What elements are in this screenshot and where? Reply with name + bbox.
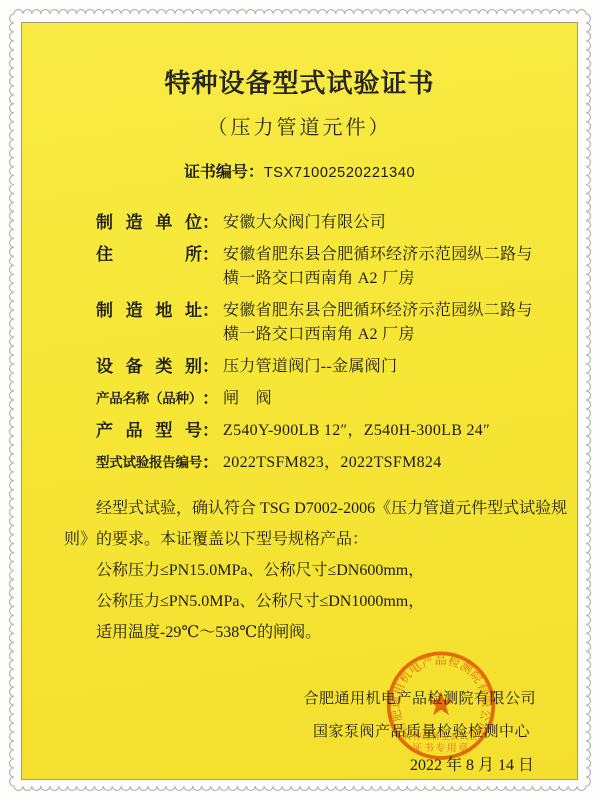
footer: 合肥通用机电产品检测院有限公司 国家泵阀产品质量检验检测中心 2022 年 8 … xyxy=(303,683,536,782)
statement-line: 则》的要求。本证覆盖以下型号规格产品： xyxy=(64,524,555,555)
row-value-line: 横一路交口西南角 A2 厂房 xyxy=(223,323,533,347)
row-value-line: 安徽省肥东县合肥循环经济示范园纵二路与 xyxy=(223,299,533,323)
row-label: 产品名称（品种） xyxy=(96,387,202,411)
row-product-name: 产品名称（品种）： 闸 阀 xyxy=(96,387,557,411)
row-colon: ： xyxy=(202,243,219,267)
issuing-organization: 合肥通用机电产品检测院有限公司 xyxy=(303,683,536,716)
row-value: 压力管道阀门--金属阀门 xyxy=(223,355,397,379)
row-residence: 住所： 安徽省肥东县合肥循环经济示范园纵二路与 横一路交口西南角 A2 厂房 xyxy=(96,243,557,291)
row-manufacture-address: 制造地址： 安徽省肥东县合肥循环经济示范园纵二路与 横一路交口西南角 A2 厂房 xyxy=(96,299,557,347)
row-colon: ： xyxy=(202,355,219,379)
certificate-page: 特种设备型式试验证书 （压力管道元件） 证书编号：TSX710025202213… xyxy=(0,0,600,800)
row-equipment-category: 设备类别： 压力管道阀门--金属阀门 xyxy=(96,355,557,379)
row-value-line: 压力管道阀门--金属阀门 xyxy=(223,355,397,379)
row-value: 闸 阀 xyxy=(223,387,272,411)
row-value-line: 安徽大众阀门有限公司 xyxy=(223,211,386,235)
row-label: 设备类别 xyxy=(96,355,202,379)
row-label: 产品型号 xyxy=(96,419,202,443)
statement-line: 公称压力≤PN15.0MPa、公称尺寸≤DN600mm， xyxy=(64,555,555,586)
row-value: 2022TSFM823，2022TSFM824 xyxy=(223,451,442,475)
info-rows: 制造单位： 安徽大众阀门有限公司 住所： 安徽省肥东县合肥循环经济示范园纵二路与… xyxy=(96,211,557,483)
certificate-subtitle: （压力管道元件） xyxy=(22,111,577,140)
row-label: 型式试验报告编号 xyxy=(96,451,202,475)
row-label: 住所 xyxy=(96,243,202,267)
row-manufacturer: 制造单位： 安徽大众阀门有限公司 xyxy=(96,211,557,235)
row-test-report-number: 型式试验报告编号： 2022TSFM823，2022TSFM824 xyxy=(96,451,557,475)
certificate-number-line: 证书编号：TSX71002520221340 xyxy=(22,159,577,182)
certificate-number-label: 证书编号： xyxy=(184,164,264,181)
row-colon: ： xyxy=(202,387,219,411)
row-value-line: 闸 阀 xyxy=(223,387,272,411)
row-value-line: 2022TSFM823，2022TSFM824 xyxy=(223,451,442,475)
certificate-title: 特种设备型式试验证书 xyxy=(22,63,577,100)
row-label: 制造单位 xyxy=(96,211,202,235)
statement-line: 适用温度-29℃～538℃的闸阀。 xyxy=(64,617,555,648)
row-colon: ： xyxy=(202,299,219,323)
row-value-line: 安徽省肥东县合肥循环经济示范园纵二路与 xyxy=(223,243,533,267)
test-statement: 经型式试验，确认符合 TSG D7002-2006《压力管道元件型式试验规 则》… xyxy=(64,493,555,648)
row-value-line: Z540Y-900LB 12″，Z540H-300LB 24″ xyxy=(223,419,490,443)
row-value: 安徽省肥东县合肥循环经济示范园纵二路与 横一路交口西南角 A2 厂房 xyxy=(223,299,533,347)
certificate-number-value: TSX71002520221340 xyxy=(264,165,415,181)
row-colon: ： xyxy=(202,211,219,235)
row-colon: ： xyxy=(202,451,219,475)
statement-line: 经型式试验，确认符合 TSG D7002-2006《压力管道元件型式试验规 xyxy=(64,493,555,524)
row-value: Z540Y-900LB 12″，Z540H-300LB 24″ xyxy=(223,419,490,443)
row-value-line: 横一路交口西南角 A2 厂房 xyxy=(223,267,533,291)
issue-date: 2022 年 8 月 14 日 xyxy=(303,749,534,782)
row-value: 安徽省肥东县合肥循环经济示范园纵二路与 横一路交口西南角 A2 厂房 xyxy=(223,243,533,291)
row-colon: ： xyxy=(202,419,219,443)
certificate-sheet: 特种设备型式试验证书 （压力管道元件） 证书编号：TSX710025202213… xyxy=(21,22,578,780)
row-label: 制造地址 xyxy=(96,299,202,323)
row-product-model: 产品型号： Z540Y-900LB 12″，Z540H-300LB 24″ xyxy=(96,419,557,443)
statement-line: 公称压力≤PN5.0MPa、公称尺寸≤DN1000mm， xyxy=(64,586,555,617)
row-value: 安徽大众阀门有限公司 xyxy=(223,211,386,235)
testing-center: 国家泵阀产品质量检验检测中心 xyxy=(303,716,530,749)
